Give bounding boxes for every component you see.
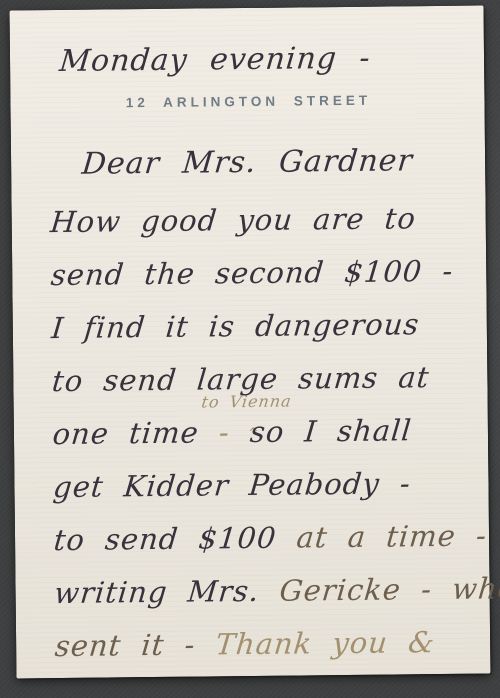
letter-text-segment: so I shall [249, 413, 414, 449]
letter-paper: Monday evening - 12 ARLINGTON STREET Dea… [10, 6, 491, 679]
letter-body: to Vienna ^ How good you are tosend the … [47, 192, 462, 673]
letter-text-segment: one time [51, 415, 221, 451]
letter-line: one time - so I shall [50, 404, 465, 461]
letter-text-segment: at a time - [295, 519, 488, 555]
letter-date-line: Monday evening - [56, 32, 461, 94]
letter-line: writing Mrs. Gericke - who [52, 563, 467, 620]
letter-text-segment: Gericke - who [278, 571, 500, 608]
photo-background: { "scene": { "background_color": "#3f404… [0, 0, 500, 698]
letter-line: send the second $100 - [49, 245, 464, 302]
letter-line: sent it - Thank you & [52, 616, 467, 673]
letter-text-segment: send the second $100 - [50, 254, 455, 292]
letter-line: I find it is dangerous [49, 298, 464, 355]
letter-line: to send large sums at [50, 351, 465, 408]
letter-line: to send $100 at a time - [51, 510, 466, 567]
letter-text-segment: writing Mrs. [53, 574, 281, 610]
letter-line: get Kidder Peabody - [51, 457, 466, 514]
letter-text-segment: to send large sums at [51, 360, 432, 398]
letter-line: How good you are to [48, 192, 463, 249]
letter-text-segment: How good you are to [49, 201, 418, 239]
letter-text-segment: - [218, 415, 252, 449]
letter-text-segment: get Kidder Peabody - [52, 466, 413, 504]
letter-text-segment: sent it - [53, 627, 217, 663]
letter-text-segment: to send $100 [52, 521, 298, 558]
letter-text-segment: Thank you & [214, 625, 437, 661]
letter-salutation: Dear Mrs. Gardner [79, 138, 462, 192]
letter-text-segment: I find it is dangerous [50, 307, 421, 345]
